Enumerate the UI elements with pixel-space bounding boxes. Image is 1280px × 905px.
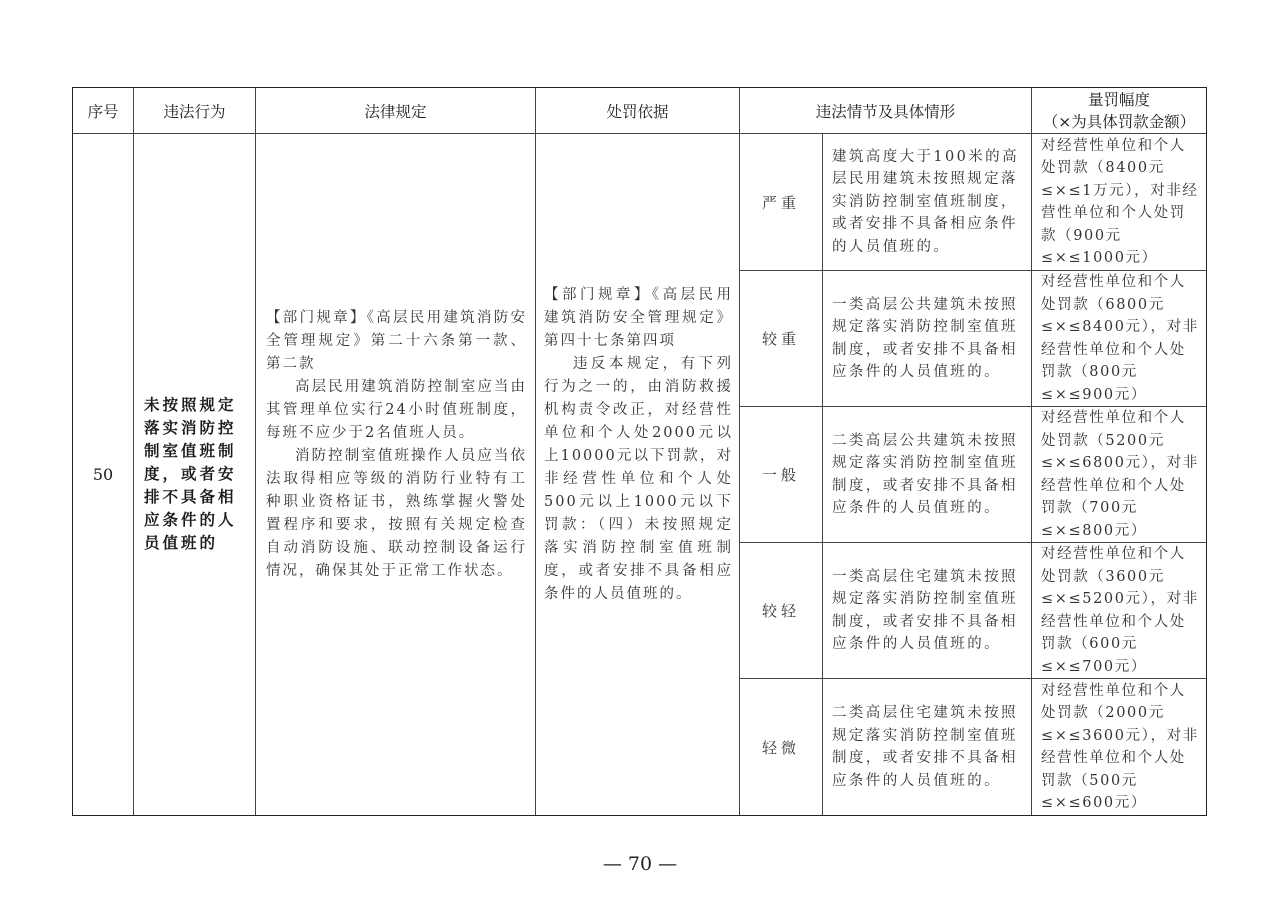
row-basis: 【部门规章】《高层民用建筑消防安全管理规定》第四十七条第四项 违反本规定，有下列…	[536, 134, 740, 815]
penalty-table: 序号 违法行为 法律规定 处罚依据 违法情节及具体情形 量罚幅度 （×为具体罚款…	[72, 87, 1207, 816]
level-3: 较轻	[740, 543, 823, 679]
basis-citation: 【部门规章】《高层民用建筑消防安全管理规定》第四十七条第四项	[544, 284, 733, 353]
penalty-text-4: 对经营性单位和个人处罚款（2000元≤×≤3600元），对非经营性单位和个人处罚…	[1041, 680, 1200, 815]
penalty-4: 对经营性单位和个人处罚款（2000元≤×≤3600元），对非经营性单位和个人处罚…	[1032, 679, 1206, 815]
description-text-1: 一类高层公共建筑未按照规定落实消防控制室值班制度，或者安排不具备相应条件的人员值…	[832, 294, 1023, 384]
penalty-text-3: 对经营性单位和个人处罚款（3600元≤×≤5200元），对非经营性单位和个人处罚…	[1041, 543, 1200, 678]
header-circumstance: 违法情节及具体情形	[740, 88, 1032, 134]
description-1: 一类高层公共建筑未按照规定落实消防控制室值班制度，或者安排不具备相应条件的人员值…	[823, 271, 1032, 407]
penalty-text-1: 对经营性单位和个人处罚款（6800元≤×≤8400元），对非经营性单位和个人处罚…	[1041, 271, 1200, 406]
header-act: 违法行为	[134, 88, 256, 134]
header-basis: 处罚依据	[536, 88, 740, 134]
level-4: 轻微	[740, 679, 823, 815]
law-clause-1: 高层民用建筑消防控制室应当由其管理单位实行24小时值班制度，每班不应少于2名值班…	[266, 376, 527, 445]
description-text-4: 二类高层住宅建筑未按照规定落实消防控制室值班制度，或者安排不具备相应条件的人员值…	[832, 702, 1023, 792]
description-text-3: 一类高层住宅建筑未按照规定落实消防控制室值班制度，或者安排不具备相应条件的人员值…	[832, 566, 1023, 656]
penalty-2: 对经营性单位和个人处罚款（5200元≤×≤6800元），对非经营性单位和个人处罚…	[1032, 407, 1206, 543]
page-number: — 70 —	[0, 853, 1280, 875]
description-text-0: 建筑高度大于100米的高层民用建筑未按照规定落实消防控制室值班制度，或者安排不具…	[832, 146, 1023, 259]
level-2: 一般	[740, 407, 823, 543]
law-citation: 【部门规章】《高层民用建筑消防安全管理规定》第二十六条第一款、第二款	[266, 307, 527, 376]
header-penalty-note: （×为具体罚款金额）	[1043, 111, 1196, 133]
description-3: 一类高层住宅建筑未按照规定落实消防控制室值班制度，或者安排不具备相应条件的人员值…	[823, 543, 1032, 679]
header-penalty: 量罚幅度 （×为具体罚款金额）	[1032, 88, 1206, 134]
description-4: 二类高层住宅建筑未按照规定落实消防控制室值班制度，或者安排不具备相应条件的人员值…	[823, 679, 1032, 815]
description-0: 建筑高度大于100米的高层民用建筑未按照规定落实消防控制室值班制度，或者安排不具…	[823, 134, 1032, 271]
level-1: 较重	[740, 271, 823, 407]
basis-clause: 违反本规定，有下列行为之一的，由消防救援机构责令改正，对经营性单位和个人处200…	[544, 353, 733, 606]
row-seq: 50	[73, 134, 134, 815]
penalty-1: 对经营性单位和个人处罚款（6800元≤×≤8400元），对非经营性单位和个人处罚…	[1032, 271, 1206, 407]
level-0: 严重	[740, 134, 823, 271]
description-text-2: 二类高层公共建筑未按照规定落实消防控制室值班制度，或者安排不具备相应条件的人员值…	[832, 430, 1023, 520]
law-clause-2: 消防控制室值班操作人员应当依法取得相应等级的消防行业特有工种职业资格证书，熟练掌…	[266, 445, 527, 583]
description-2: 二类高层公共建筑未按照规定落实消防控制室值班制度，或者安排不具备相应条件的人员值…	[823, 407, 1032, 543]
violation-text: 未按照规定落实消防控制室值班制度，或者安排不具备相应条件的人员值班的	[144, 394, 247, 555]
penalty-text-2: 对经营性单位和个人处罚款（5200元≤×≤6800元），对非经营性单位和个人处罚…	[1041, 407, 1200, 542]
header-seq: 序号	[73, 88, 134, 134]
penalty-3: 对经营性单位和个人处罚款（3600元≤×≤5200元），对非经营性单位和个人处罚…	[1032, 543, 1206, 679]
penalty-text-0: 对经营性单位和个人处罚款（8400元≤×≤1万元），对非经营性单位和个人处罚款（…	[1041, 135, 1200, 270]
header-penalty-title: 量罚幅度	[1088, 89, 1150, 111]
row-law: 【部门规章】《高层民用建筑消防安全管理规定》第二十六条第一款、第二款 高层民用建…	[256, 134, 536, 815]
row-violation: 未按照规定落实消防控制室值班制度，或者安排不具备相应条件的人员值班的	[134, 134, 256, 815]
header-law: 法律规定	[256, 88, 536, 134]
penalty-0: 对经营性单位和个人处罚款（8400元≤×≤1万元），对非经营性单位和个人处罚款（…	[1032, 134, 1206, 271]
